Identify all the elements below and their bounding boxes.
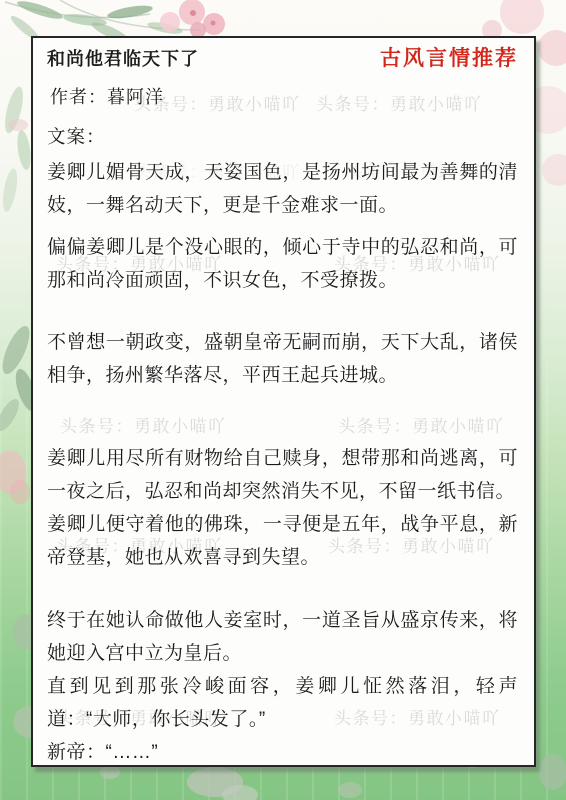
synopsis-paragraph: 新帝：“……” — [47, 736, 518, 769]
synopsis-paragraph: 姜卿儿媚骨天成，天姿国色，是扬州坊间最为善舞的清妓，一舞名动天下，更是千金难求一… — [47, 156, 518, 222]
synopsis-paragraph: 直到见到那张冷峻面容，姜卿儿怔然落泪，轻声道：“大师，你长头发了。” — [47, 670, 518, 736]
synopsis-paragraph: 姜卿儿便守着他的佛珠，一寻便是五年，战争平息，新帝登基，她也从欢喜寻到失望。 — [47, 508, 518, 574]
card-header: 和尚他君临天下了 古风言情推荐 — [47, 46, 518, 72]
genre-badge: 古风言情推荐 — [380, 46, 518, 72]
book-title: 和尚他君临天下了 — [47, 46, 199, 72]
synopsis-paragraph: 偏偏姜卿儿是个没心眼的，倾心于寺中的弘忍和尚，可那和尚冷面顽固，不识女色，不受撩… — [47, 231, 518, 297]
synopsis-paragraph: 终于在她认命做他人妾室时，一道圣旨从盛京传来，将她迎入宫中立为皇后。 — [47, 604, 518, 670]
synopsis-body: 姜卿儿媚骨天成，天姿国色，是扬州坊间最为善舞的清妓，一舞名动天下，更是千金难求一… — [47, 156, 518, 769]
synopsis-paragraph: 不曾想一朝政变，盛朝皇帝无嗣而崩，天下大乱，诸侯相争，扬州繁华落尽，平西王起兵进… — [47, 326, 518, 392]
synopsis-paragraph: 姜卿儿用尽所有财物给自己赎身，想带那和尚逃离，可一夜之后，弘忍和尚却突然消失不见… — [47, 442, 518, 508]
author-line: 作者：暮阿洋 — [47, 84, 518, 110]
synopsis-label: 文案： — [47, 124, 518, 150]
story-card: 头条号：勇敢小喵吖 头条号：勇敢小喵吖 头条号：勇敢小喵吖 头条号：勇敢小喵吖 … — [31, 36, 536, 767]
